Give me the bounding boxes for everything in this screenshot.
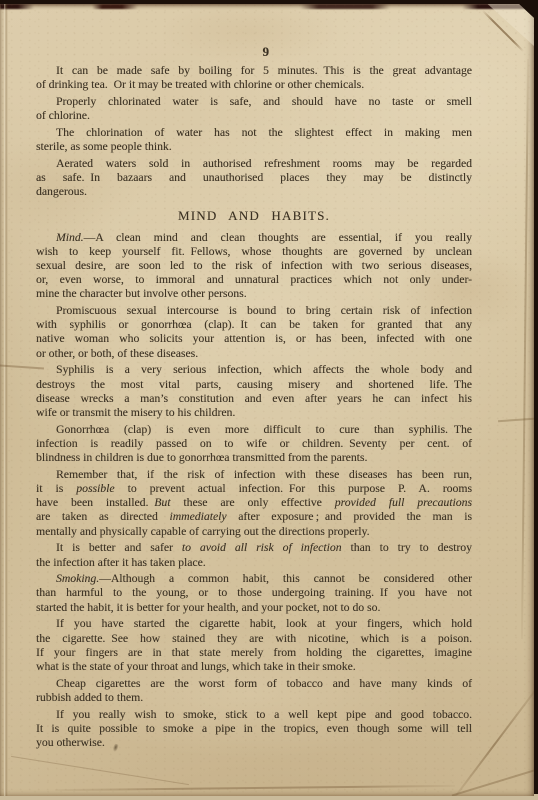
text-line: rubbish added to them. — [36, 691, 472, 705]
text-line: native woman who solicits your attention… — [36, 332, 472, 346]
paragraph: Mind.—A clean mind and clean thoughts ar… — [36, 231, 472, 302]
paragraph: Promiscuous sexual intercourse is bound … — [36, 304, 472, 361]
text-line: wife or transmit the misery to his child… — [36, 406, 472, 420]
text-line: Smoking.—Although a common habit, this c… — [36, 572, 472, 586]
paragraph: If you really wish to smoke, stick to a … — [36, 708, 472, 751]
paragraph: The chlorination of water has not the sl… — [36, 126, 472, 154]
text-line: of chlorine. — [36, 109, 472, 123]
scan-photo: 9 It can be made safe by boiling for 5 m… — [0, 0, 538, 800]
text-line: Mind.—A clean mind and clean thoughts ar… — [36, 231, 472, 245]
text-line: as safe. In bazaars and unauthorised pla… — [36, 171, 472, 185]
text-line: than harmful to the young, or to those u… — [36, 586, 472, 600]
text-line: It is quite possible to smoke a pipe in … — [36, 722, 472, 736]
text-line: with syphilis or gonorrhœa (clap). It ca… — [36, 318, 472, 332]
text-line: If your fingers are in that state merely… — [36, 646, 472, 660]
text-line: If you have started the cigarette habit,… — [36, 617, 472, 631]
text-line: dangerous. — [36, 185, 472, 199]
text-line: blindness in children is due to gonorrhœ… — [36, 451, 472, 465]
paragraph: Cheap cigarettes are the worst form of t… — [36, 677, 472, 705]
page-number: 9 — [48, 45, 484, 59]
text-line: Properly chlorinated water is safe, and … — [36, 95, 472, 109]
paragraph: Syphilis is a very serious infection, wh… — [36, 363, 472, 420]
page-content: 9 It can be made safe by boiling for 5 m… — [36, 45, 472, 750]
paragraph: If you have started the cigarette habit,… — [36, 617, 472, 674]
text-line: If you really wish to smoke, stick to a … — [36, 708, 472, 722]
text-line: what is the state of your throat and lun… — [36, 660, 472, 674]
text-line: It is better and safer to avoid all risk… — [36, 541, 472, 555]
text-line: the infection after it has taken place. — [36, 556, 472, 570]
paragraph: Smoking.—Although a common habit, this c… — [36, 572, 472, 615]
text-line: It can be made safe by boiling for 5 min… — [36, 64, 472, 78]
paragraph: Aerated waters sold in authorised refres… — [36, 157, 472, 200]
text-line: infection is readily passed on to wife o… — [36, 437, 472, 451]
text-line: Aerated waters sold in authorised refres… — [36, 157, 472, 171]
text-line: are taken as directed immediately after … — [36, 510, 472, 524]
paragraph: Properly chlorinated water is safe, and … — [36, 95, 472, 123]
text-line: started the habit, it is better for your… — [36, 601, 472, 615]
text-line: The chlorination of water has not the sl… — [36, 126, 472, 140]
paragraph: Gonorrhœa (clap) is even more difficult … — [36, 423, 472, 466]
text-line: sterile, as some people think. — [36, 140, 472, 154]
text-line: mine the character but involve other per… — [36, 287, 472, 301]
text-line: Gonorrhœa (clap) is even more difficult … — [36, 423, 472, 437]
text-line: or, even worse, to immoral and unnatural… — [36, 273, 472, 287]
text-line: have been installed. But these are only … — [36, 496, 472, 510]
text-line: it is possible to prevent actual infecti… — [36, 482, 472, 496]
text-line: or other, or both, of these diseases. — [36, 347, 472, 361]
document-page: 9 It can be made safe by boiling for 5 m… — [0, 4, 534, 796]
text-line: Remember that, if the risk of infection … — [36, 468, 472, 482]
text-line: mentally and physically capable of carry… — [36, 525, 472, 539]
text-line: MIND AND HABITS. — [36, 209, 472, 223]
paragraph: Remember that, if the risk of infection … — [36, 468, 472, 539]
text-line: the cigarette. See how stained they are … — [36, 632, 472, 646]
text-line: you otherwise. — [36, 736, 472, 750]
text-line: Syphilis is a very serious infection, wh… — [36, 363, 472, 377]
text-line: sexual desire, are soon led to the risk … — [36, 259, 472, 273]
text-column: It can be made safe by boiling for 5 min… — [36, 64, 472, 750]
paragraph: It is better and safer to avoid all risk… — [36, 541, 472, 569]
text-line: disease wrecks a man’s constitution and … — [36, 392, 472, 406]
text-line: Cheap cigarettes are the worst form of t… — [36, 677, 472, 691]
paragraph: It can be made safe by boiling for 5 min… — [36, 64, 472, 92]
text-line: wish to keep yourself fit. Fellows, whos… — [36, 245, 472, 259]
text-line: of drinking tea. Or it may be treated wi… — [36, 78, 472, 92]
text-line: Promiscuous sexual intercourse is bound … — [36, 304, 472, 318]
section-heading: MIND AND HABITS. — [36, 209, 472, 223]
text-line: destroys the most vital parts, causing m… — [36, 378, 472, 392]
